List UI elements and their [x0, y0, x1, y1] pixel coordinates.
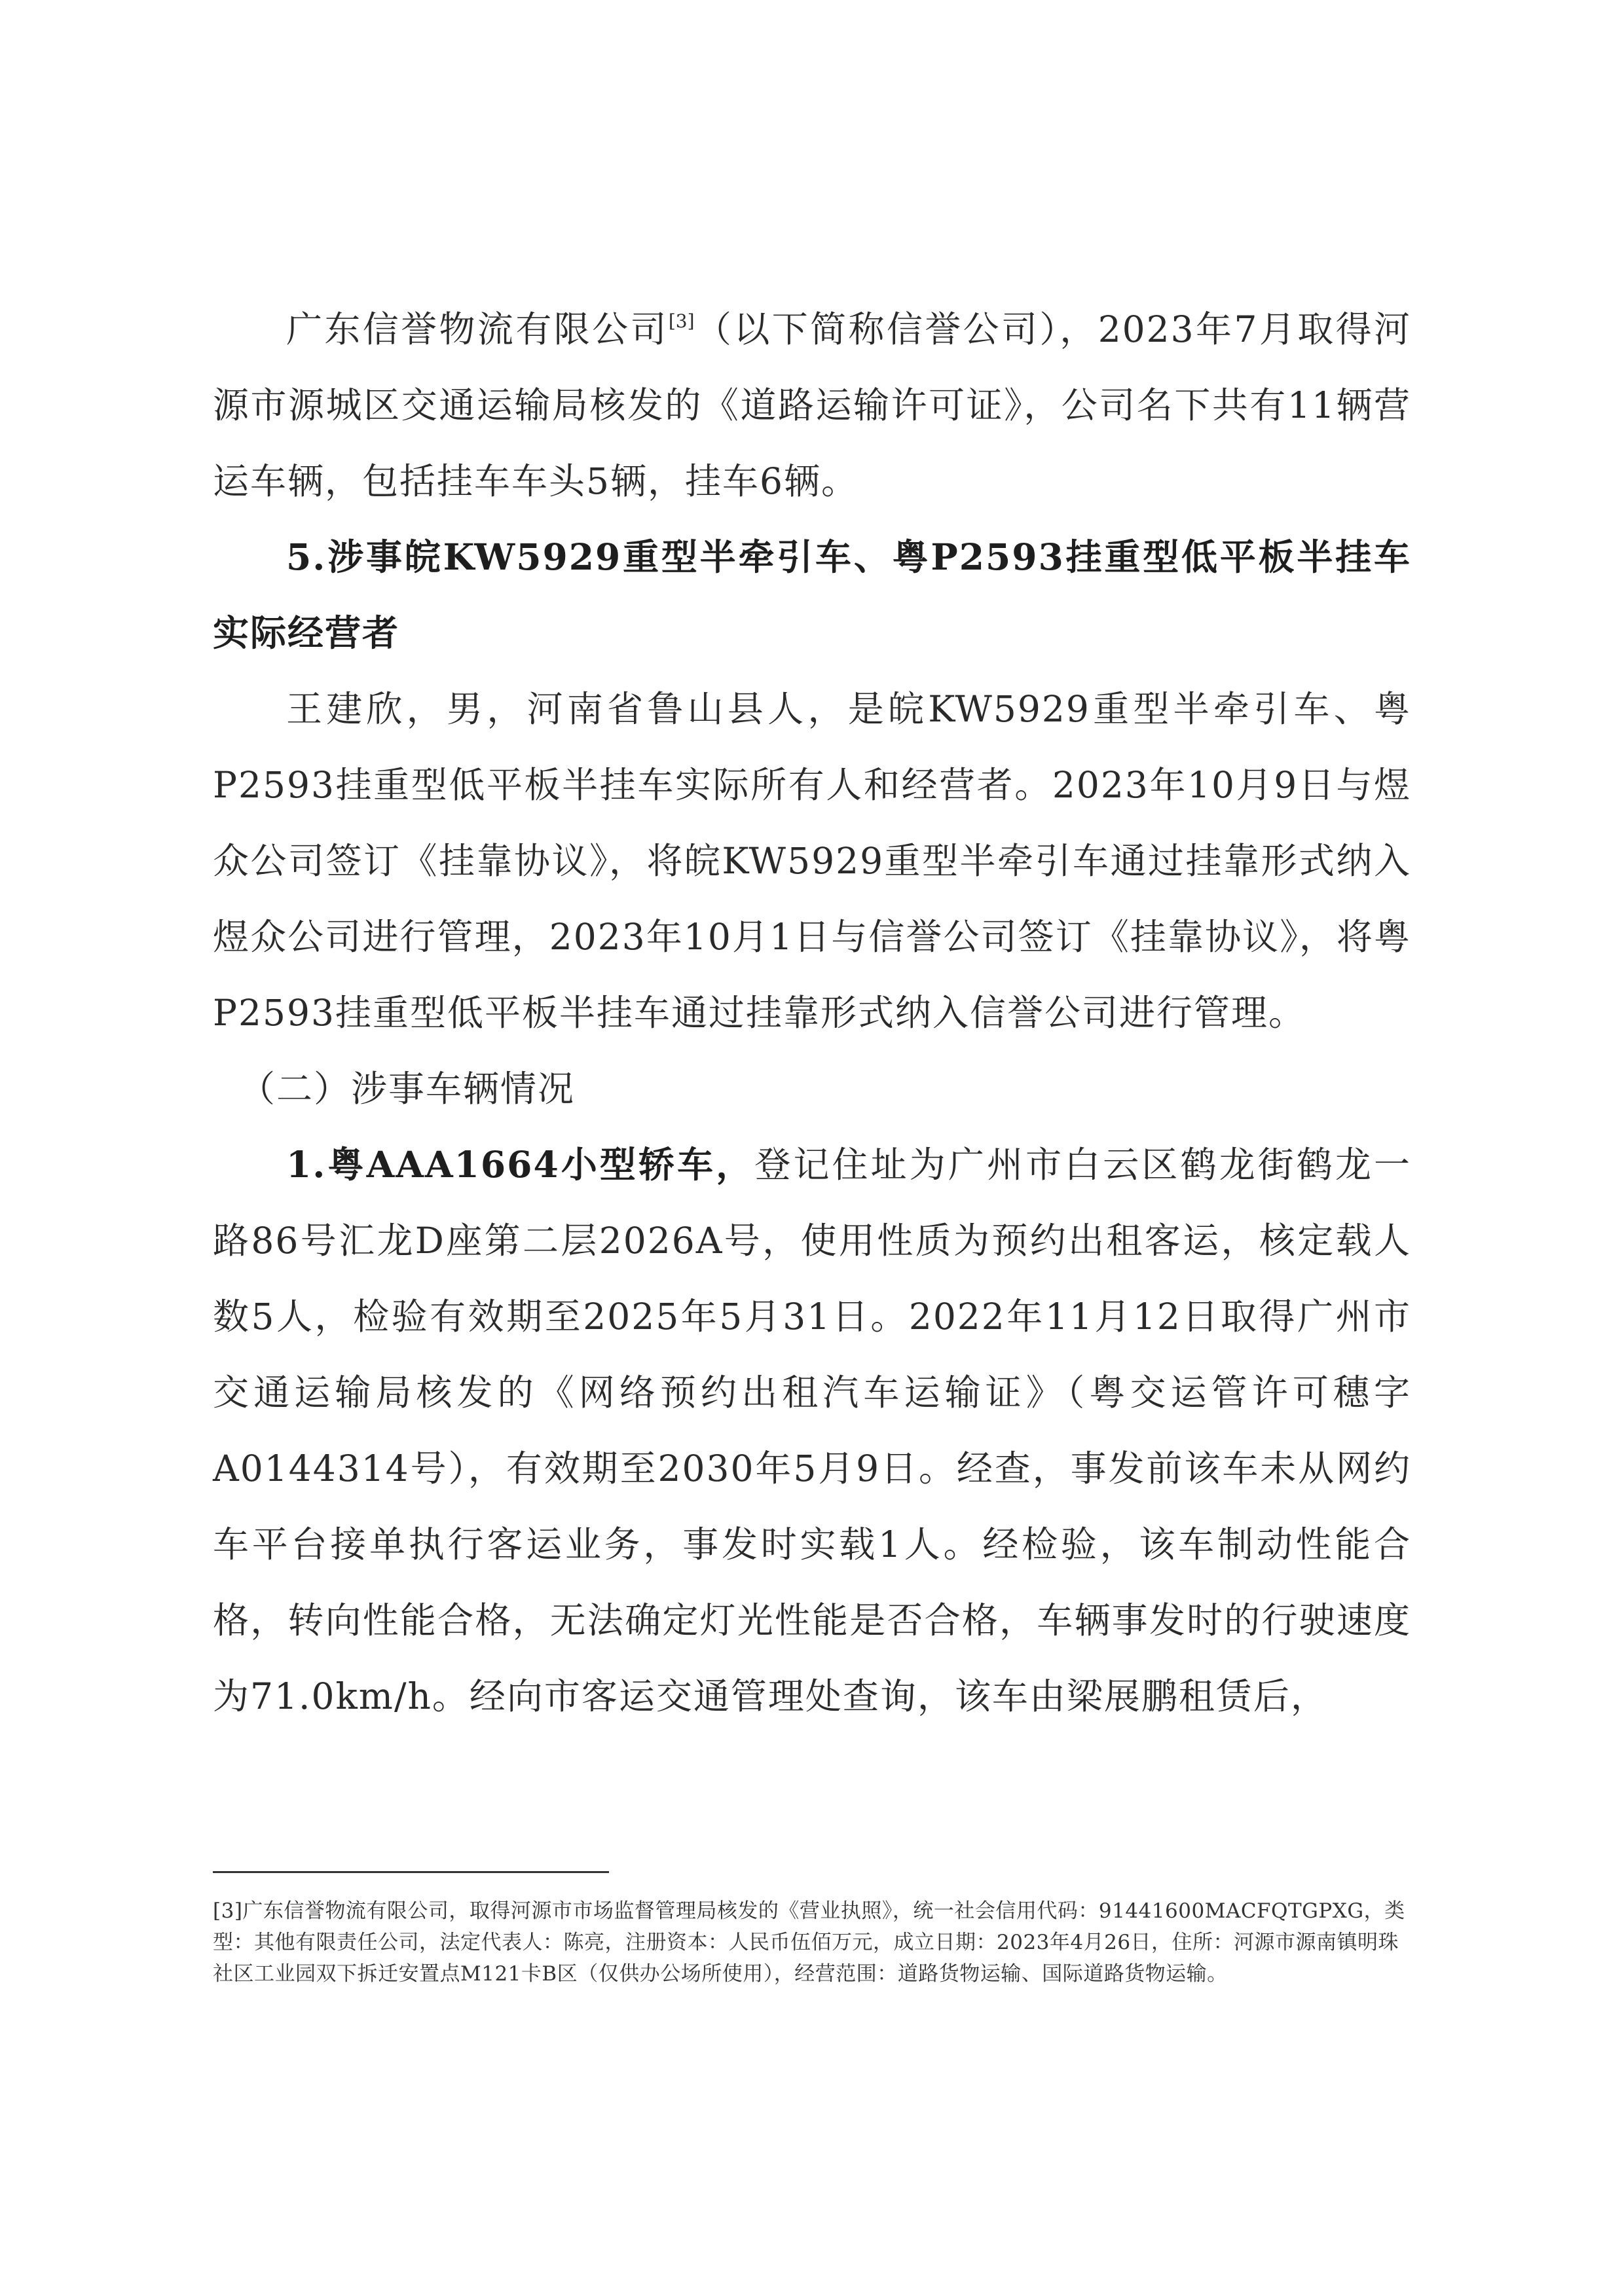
- footnote-divider: [213, 1871, 609, 1873]
- paragraph-vehicle-1: 1.粤AAA1664小型轿车，登记住址为广州市白云区鹤龙街鹤龙一路86号汇龙D座…: [213, 1127, 1411, 1734]
- footnote-reference[interactable]: [3]: [669, 310, 695, 332]
- paragraph-operator: 王建欣，男，河南省鲁山县人，是皖KW5929重型半牵引车、粤P2593挂重型低平…: [213, 671, 1411, 1051]
- vehicle-1-lead: 1.粤AAA1664小型轿车，: [286, 1143, 754, 1186]
- vehicle-1-text: 登记住址为广州市白云区鹤龙街鹤龙一路86号汇龙D座第二层2026A号，使用性质为…: [213, 1144, 1411, 1717]
- footnote-3: [3]广东信誉物流有限公司，取得河源市市场监督管理局核发的《营业执照》，统一社会…: [213, 1895, 1411, 1990]
- paragraph-company-intro: 广东信誉物流有限公司[3]（以下简称信誉公司），2023年7月取得河源市源城区交…: [213, 291, 1411, 519]
- footnote-text: 广东信誉物流有限公司，取得河源市市场监督管理局核发的《营业执照》，统一社会信用代…: [213, 1899, 1405, 1986]
- section-heading-vehicles: （二）涉事车辆情况: [213, 1051, 1411, 1127]
- subsection-heading-operator: 5.涉事皖KW5929重型半牵引车、粤P2593挂重型低平板半挂车实际经营者: [213, 519, 1411, 671]
- document-body: 广东信誉物流有限公司[3]（以下简称信誉公司），2023年7月取得河源市源城区交…: [213, 291, 1411, 1734]
- footnotes-area: [3]广东信誉物流有限公司，取得河源市市场监督管理局核发的《营业执照》，统一社会…: [213, 1895, 1411, 1990]
- company-name-text: 广东信誉物流有限公司: [286, 308, 669, 350]
- footnote-marker: [3]: [213, 1899, 242, 1923]
